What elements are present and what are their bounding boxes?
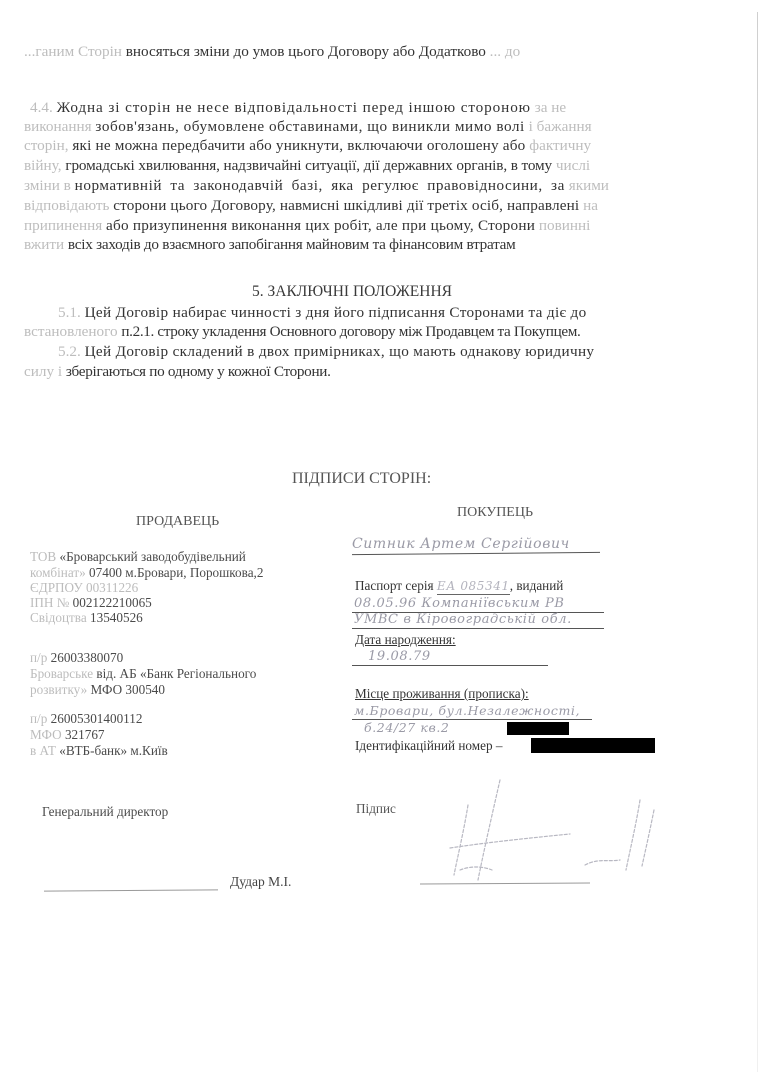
- paragraph-line: війну, громадські хвилювання, надзвичайн…: [24, 157, 590, 175]
- clause-5-1-line-1: 5.1. Цей Договір набирає чинності з дня …: [58, 304, 587, 322]
- paragraph-line: виконання зобов'язань, обумовлене обстав…: [24, 118, 592, 136]
- passport-line: Паспорт серія ЕА 085341, виданий: [355, 578, 563, 595]
- seller-signer-name: Дудар М.І.: [230, 874, 291, 890]
- buyer-heading: ПОКУПЕЦЬ: [457, 505, 533, 521]
- buyer-signature-label: Підпис: [356, 801, 396, 817]
- dob-label: Дата народження:: [355, 632, 456, 648]
- scanned-document-page: ...ганим Сторін вносяться зміни до умов …: [0, 0, 768, 1086]
- buyer-full-name: Ситник Артем Сергійович: [352, 536, 570, 552]
- seller-line: в АТ «ВТБ-банк» м.Київ: [30, 743, 168, 759]
- issued-underline-2: [352, 628, 604, 629]
- paragraph-line: вжити всіх заходів до взаємного запобіга…: [24, 236, 516, 254]
- seller-line: п/р 26003380070: [30, 650, 123, 666]
- clause-5-2-line-2: силу і зберігаються по одному у кожної С…: [24, 363, 331, 381]
- paragraph-line: припинення або призупинення виконання ци…: [24, 217, 590, 235]
- clause-5-2-line-1: 5.2. Цей Договір складений в двох примір…: [58, 343, 594, 361]
- id-number-label: Ідентифікаційний номер –: [355, 738, 502, 754]
- buyer-signature-icon: [440, 770, 680, 890]
- signatures-title: ПІДПИСИ СТОРІН:: [292, 470, 431, 488]
- seller-line: ІПН № 002122210065: [30, 595, 152, 611]
- paragraph-continuation-line: ...ганим Сторін вносяться зміни до умов …: [24, 43, 520, 61]
- redaction-box: [531, 738, 655, 753]
- seller-line: Броварське від. АБ «Банк Регіонального: [30, 666, 256, 682]
- seller-line: ЄДРПОУ 00311226: [30, 580, 138, 596]
- seller-line: ТОВ «Броварський заводобудівельний: [30, 549, 246, 565]
- redaction-box: [507, 722, 569, 735]
- dob-value: 19.08.79: [368, 649, 431, 664]
- seller-line: комбінат» 07400 м.Бровари, Порошкова,2: [30, 565, 263, 581]
- paragraph-line: сторін, які не можна передбачити або уни…: [24, 137, 591, 155]
- seller-line: п/р 26005301400112: [30, 711, 142, 727]
- clause-5-1-line-2: встановленого п.2.1. строку укладення Ос…: [24, 323, 580, 341]
- passport-series-value: ЕА 085341: [437, 578, 510, 595]
- seller-position: Генеральний директор: [42, 804, 168, 820]
- paragraph-line: зміни в нормативній та законодавчій базі…: [24, 177, 609, 195]
- scan-edge-line: [757, 12, 758, 1072]
- paragraph-line: відповідають сторони цього Договору, нав…: [24, 197, 598, 215]
- seller-heading: ПРОДАВЕЦЬ: [136, 514, 219, 530]
- paragraph-line: 4.4. Жодна зі сторін не несе відповідаль…: [30, 99, 730, 117]
- passport-issued-line-2: УМВС в Кіровоградській обл.: [354, 612, 572, 627]
- residence-line-1: м.Бровари, бул.Незалежності,: [354, 703, 580, 718]
- section-title: 5. ЗАКЛЮЧНІ ПОЛОЖЕННЯ: [252, 283, 452, 301]
- seller-line: Свідоцтва 13540526: [30, 610, 143, 626]
- buyer-name-underline: [352, 552, 600, 555]
- dob-underline: [352, 665, 548, 666]
- residence-line-2: б.24/27 кв.2: [364, 720, 449, 735]
- passport-issued-line-1: 08.05.96 Компаніївським РВ: [354, 596, 565, 611]
- seller-line: МФО 321767: [30, 727, 105, 743]
- residence-label: Місце проживання (прописка):: [355, 686, 529, 702]
- seller-line: розвитку» МФО 300540: [30, 682, 165, 698]
- seller-signature-line: [44, 889, 218, 891]
